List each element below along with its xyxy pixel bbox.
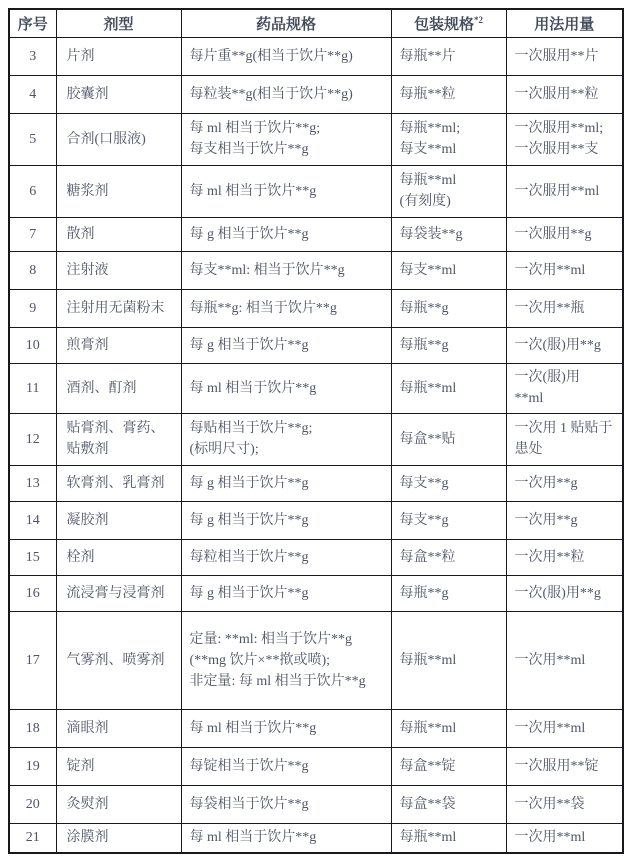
cell-form: 合剂(口服液) [56,113,181,165]
cell-usage: 一次用**ml [506,611,623,709]
cell-pack: 每瓶**ml [391,709,506,747]
cell-spec: 每 ml 相当于饮片**g; 每支相当于饮片**g [181,113,391,165]
cell-no: 16 [9,575,56,611]
cell-spec: 每袋相当于饮片**g [181,785,391,823]
table-row: 18 滴眼剂 每 ml 相当于饮片**g 每瓶**ml 一次用**ml [9,709,623,747]
cell-spec: 每粒相当于饮片**g [181,539,391,575]
table-row: 5 合剂(口服液) 每 ml 相当于饮片**g; 每支相当于饮片**g 每瓶**… [9,113,623,165]
table-row: 15 栓剂 每粒相当于饮片**g 每盒**粒 一次用**粒 [9,539,623,575]
table-row: 4 胶囊剂 每粒装**g(相当于饮片**g) 每瓶**粒 一次服用**粒 [9,75,623,113]
cell-form: 煎膏剂 [56,327,181,363]
cell-pack: 每瓶**ml [391,611,506,709]
table-row: 11 酒剂、酊剂 每 ml 相当于饮片**g 每瓶**ml 一次(服)用 **m… [9,363,623,413]
cell-no: 4 [9,75,56,113]
cell-no: 20 [9,785,56,823]
header-pack: 包装规格*2 [391,9,506,37]
table-row: 17 气雾剂、喷雾剂 定量: **ml: 相当于饮片**g (**mg 饮片×*… [9,611,623,709]
table-row: 16 流浸膏与浸膏剂 每 g 相当于饮片**g 每瓶**g 一次(服)用**g [9,575,623,611]
cell-no: 6 [9,165,56,217]
cell-usage: 一次服用**粒 [506,75,623,113]
cell-form: 贴膏剂、膏药、 贴敷剂 [56,413,181,465]
cell-form: 片剂 [56,37,181,75]
table-row: 12 贴膏剂、膏药、 贴敷剂 每贴相当于饮片**g; (标明尺寸); 每盒**贴… [9,413,623,465]
cell-no: 8 [9,251,56,289]
cell-pack: 每袋装**g [391,217,506,251]
header-pack-label: 包装规格 [414,17,474,33]
cell-usage: 一次(服)用 **ml [506,363,623,413]
cell-usage: 一次用**g [506,465,623,501]
cell-form: 注射用无菌粉末 [56,289,181,327]
cell-usage: 一次用**瓶 [506,289,623,327]
cell-form: 凝胶剂 [56,501,181,539]
dosage-form-table: 序号 剂型 药品规格 包装规格*2 用法用量 3 片剂 每片重**g(相当于饮片… [8,8,624,854]
cell-spec: 每支**ml: 相当于饮片**g [181,251,391,289]
cell-spec: 每 g 相当于饮片**g [181,217,391,251]
cell-pack: 每支**ml [391,251,506,289]
cell-spec: 每 g 相当于饮片**g [181,327,391,363]
table-row: 19 锭剂 每锭相当于饮片**g 每盒**锭 一次服用**锭 [9,747,623,785]
cell-pack: 每瓶**ml (有刻度) [391,165,506,217]
cell-pack: 每瓶**ml [391,823,506,853]
cell-form: 酒剂、酊剂 [56,363,181,413]
cell-no: 17 [9,611,56,709]
cell-usage: 一次服用**锭 [506,747,623,785]
table-row: 20 灸熨剂 每袋相当于饮片**g 每盒**袋 一次用**袋 [9,785,623,823]
cell-pack: 每盒**袋 [391,785,506,823]
cell-no: 3 [9,37,56,75]
cell-no: 18 [9,709,56,747]
table-row: 13 软膏剂、乳膏剂 每 g 相当于饮片**g 每支**g 一次用**g [9,465,623,501]
cell-spec: 每 g 相当于饮片**g [181,501,391,539]
header-usage: 用法用量 [506,9,623,37]
cell-usage: 一次服用**ml [506,165,623,217]
cell-form: 注射液 [56,251,181,289]
cell-pack: 每瓶**ml; 每支**ml [391,113,506,165]
cell-usage: 一次服用**ml; 一次服用**支 [506,113,623,165]
cell-usage: 一次用**g [506,501,623,539]
cell-usage: 一次服用**片 [506,37,623,75]
table-row: 10 煎膏剂 每 g 相当于饮片**g 每瓶**g 一次(服)用**g [9,327,623,363]
cell-usage: 一次用**ml [506,251,623,289]
cell-usage: 一次用**袋 [506,785,623,823]
cell-form: 流浸膏与浸膏剂 [56,575,181,611]
cell-pack: 每瓶**ml [391,363,506,413]
table-row: 6 糖浆剂 每 ml 相当于饮片**g 每瓶**ml (有刻度) 一次服用**m… [9,165,623,217]
cell-no: 15 [9,539,56,575]
cell-pack: 每支**g [391,501,506,539]
header-form: 剂型 [56,9,181,37]
table-row: 8 注射液 每支**ml: 相当于饮片**g 每支**ml 一次用**ml [9,251,623,289]
cell-form: 灸熨剂 [56,785,181,823]
cell-spec: 定量: **ml: 相当于饮片**g (**mg 饮片×**揿或喷); 非定量:… [181,611,391,709]
cell-usage: 一次用 1 贴贴于 患处 [506,413,623,465]
cell-spec: 每 g 相当于饮片**g [181,465,391,501]
cell-usage: 一次服用**g [506,217,623,251]
cell-no: 9 [9,289,56,327]
cell-spec: 每 ml 相当于饮片**g [181,709,391,747]
cell-form: 涂膜剂 [56,823,181,853]
cell-pack: 每盒**锭 [391,747,506,785]
cell-spec: 每 ml 相当于饮片**g [181,823,391,853]
cell-no: 12 [9,413,56,465]
cell-form: 锭剂 [56,747,181,785]
cell-pack: 每瓶**g [391,289,506,327]
cell-form: 气雾剂、喷雾剂 [56,611,181,709]
cell-spec: 每瓶**g: 相当于饮片**g [181,289,391,327]
cell-pack: 每瓶**g [391,327,506,363]
cell-usage: 一次用**ml [506,823,623,853]
cell-form: 胶囊剂 [56,75,181,113]
cell-no: 21 [9,823,56,853]
cell-no: 14 [9,501,56,539]
cell-form: 糖浆剂 [56,165,181,217]
cell-usage: 一次(服)用**g [506,575,623,611]
cell-spec: 每 ml 相当于饮片**g [181,363,391,413]
cell-spec: 每贴相当于饮片**g; (标明尺寸); [181,413,391,465]
cell-usage: 一次用**ml [506,709,623,747]
cell-spec: 每片重**g(相当于饮片**g) [181,37,391,75]
header-pack-footnote: *2 [474,15,483,25]
cell-no: 13 [9,465,56,501]
cell-no: 7 [9,217,56,251]
cell-pack: 每瓶**g [391,575,506,611]
cell-pack: 每瓶**粒 [391,75,506,113]
cell-form: 软膏剂、乳膏剂 [56,465,181,501]
cell-spec: 每 g 相当于饮片**g [181,575,391,611]
cell-pack: 每盒**贴 [391,413,506,465]
header-spec: 药品规格 [181,9,391,37]
table-row: 21 涂膜剂 每 ml 相当于饮片**g 每瓶**ml 一次用**ml [9,823,623,853]
header-no: 序号 [9,9,56,37]
cell-spec: 每 ml 相当于饮片**g [181,165,391,217]
cell-pack: 每盒**粒 [391,539,506,575]
table-row: 9 注射用无菌粉末 每瓶**g: 相当于饮片**g 每瓶**g 一次用**瓶 [9,289,623,327]
table-row: 7 散剂 每 g 相当于饮片**g 每袋装**g 一次服用**g [9,217,623,251]
cell-no: 10 [9,327,56,363]
cell-spec: 每粒装**g(相当于饮片**g) [181,75,391,113]
table-header-row: 序号 剂型 药品规格 包装规格*2 用法用量 [9,9,623,37]
table-row: 14 凝胶剂 每 g 相当于饮片**g 每支**g 一次用**g [9,501,623,539]
cell-form: 栓剂 [56,539,181,575]
cell-pack: 每支**g [391,465,506,501]
cell-form: 散剂 [56,217,181,251]
cell-form: 滴眼剂 [56,709,181,747]
cell-no: 5 [9,113,56,165]
cell-usage: 一次(服)用**g [506,327,623,363]
cell-no: 11 [9,363,56,413]
cell-pack: 每瓶**片 [391,37,506,75]
cell-spec: 每锭相当于饮片**g [181,747,391,785]
cell-no: 19 [9,747,56,785]
table-row: 3 片剂 每片重**g(相当于饮片**g) 每瓶**片 一次服用**片 [9,37,623,75]
cell-usage: 一次用**粒 [506,539,623,575]
